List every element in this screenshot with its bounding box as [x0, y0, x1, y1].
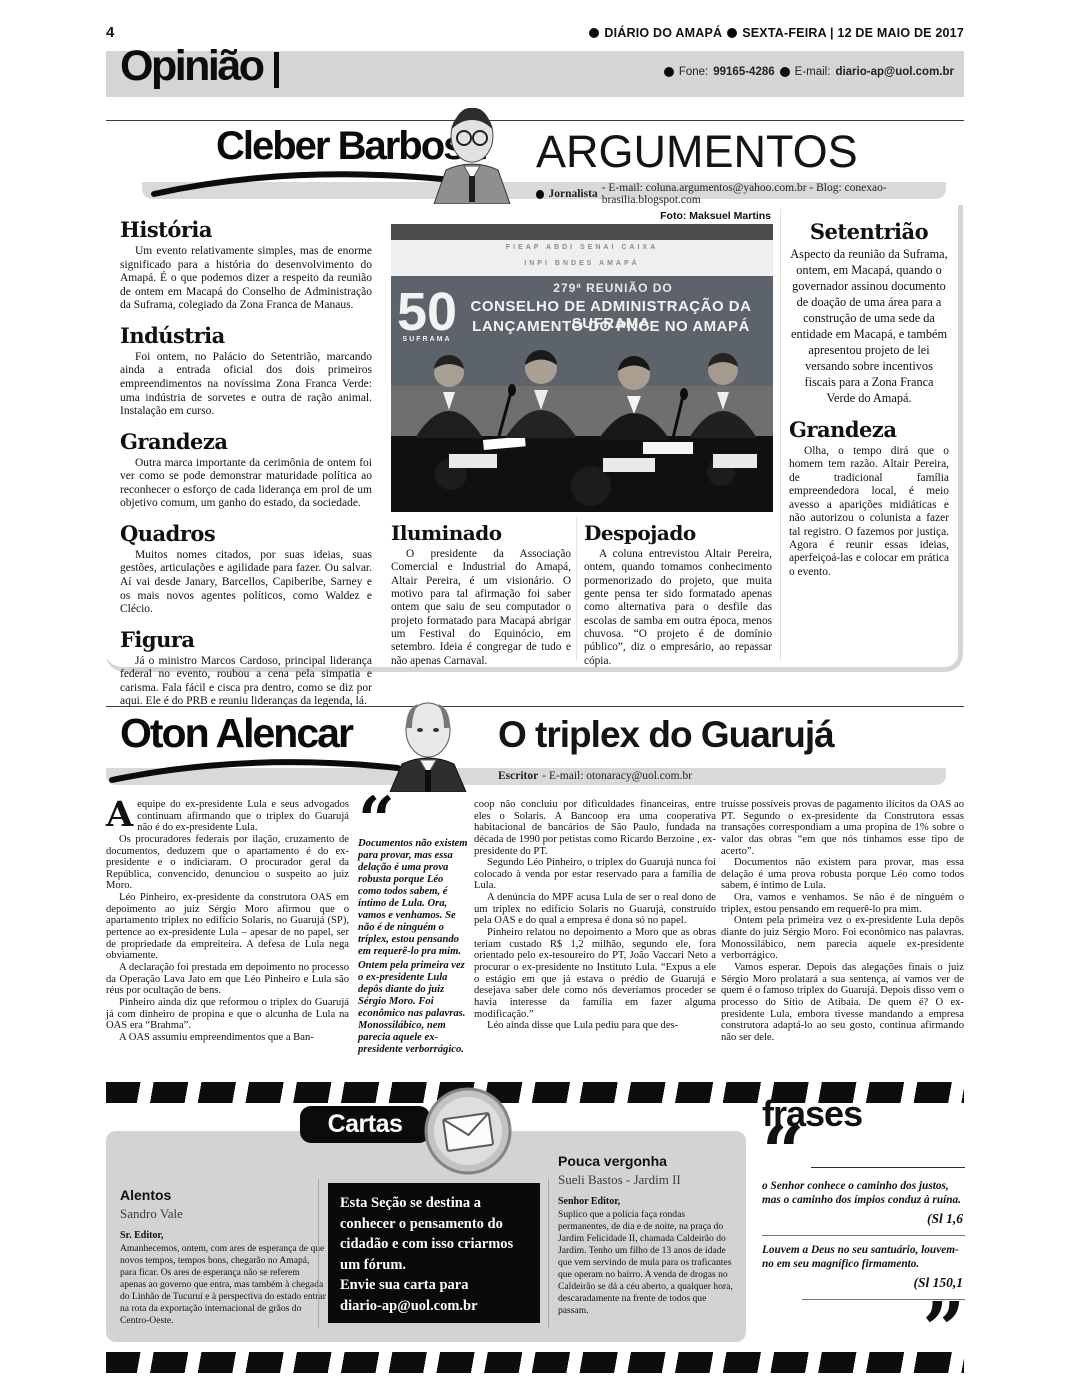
argumentos-right-column: Setentrião Aspecto da reunião da Suframa…: [789, 209, 949, 579]
section-text: Outra marca importante da cerimônia de o…: [120, 457, 372, 511]
argumentos-header: Cleber Barbosa ARGUMENTOS Jornalista - E…: [106, 108, 964, 205]
frases-section: frases “ o Senhor conhece o caminho dos …: [762, 1096, 965, 1347]
paragraph-text: equipe do ex-presidente Lula e seus advo…: [137, 799, 349, 833]
article-column-3: truísse possíveis provas de pagamento il…: [721, 799, 964, 1043]
paragraph: Os procuradores federais por ilação, cru…: [106, 834, 349, 892]
people-silhouettes: [391, 224, 773, 512]
byline-role: Jornalista: [548, 188, 597, 200]
notice-text: Envie sua carta para: [340, 1275, 528, 1296]
section-text: Um evento relativamente simples, mas de …: [120, 245, 372, 313]
page-header: 4 DIÁRIO DO AMAPÁ SEXTA-FEIRA | 12 DE MA…: [106, 24, 964, 41]
section-text: Olha, o tempo dirá que o homem tem razão…: [789, 445, 949, 580]
open-quote-icon: “: [762, 1134, 805, 1172]
page-number: 4: [106, 24, 114, 41]
opiniao-band: Opinião Fone: 99165-4286 E-mail: diario-…: [106, 51, 964, 97]
news-photo: FIEAP ABDI SENAI CAIXA INPI BNDES AMAPÁ …: [391, 224, 773, 512]
paragraph: Segundo Léo Pinheiro, o triplex do Guaru…: [474, 857, 716, 892]
triplex-article: Aequipe do ex-presidente Lula e seus adv…: [106, 799, 964, 1079]
columnist-portrait: [382, 692, 474, 792]
columnist-portrait: [424, 96, 520, 204]
section-title: Opinião: [120, 42, 263, 91]
phone-label: Fone:: [679, 66, 708, 78]
cartas-badge: Cartas: [300, 1106, 430, 1143]
title-divider: [274, 52, 279, 88]
letter-author: Sandro Vale: [120, 1206, 326, 1222]
pull-quote: “ Documentos não existem para provar, ma…: [358, 803, 468, 1058]
columnist-swoosh: [106, 758, 406, 784]
envelope-icon: [424, 1087, 512, 1175]
paragraph: Pinheiro relatou no depoimento a Moro qu…: [474, 927, 716, 1020]
despojado-column: Despojado A coluna entrevistou Altair Pe…: [584, 511, 772, 668]
email-address: diario-ap@uol.com.br: [835, 66, 954, 78]
section-heading: Indústria: [120, 323, 372, 348]
article-column-2: coop não concluiu por dificuldades finan…: [474, 799, 716, 1032]
letter-title: Alentos: [120, 1187, 326, 1205]
photo-credit: Foto: Maksuel Martins: [391, 210, 771, 222]
paragraph: Aequipe do ex-presidente Lula e seus adv…: [106, 799, 349, 834]
paragraph: A declaração foi prestada em depoimento …: [106, 962, 349, 997]
rule-line: [106, 706, 964, 707]
byline-rest: - E-mail: coluna.argumentos@yahoo.com.br…: [602, 182, 964, 206]
letter-salutation: Senhor Editor,: [558, 1196, 736, 1209]
section-heading: Iluminado: [391, 521, 571, 545]
drop-cap: A: [106, 799, 137, 828]
section-title-wrap: Opinião: [120, 42, 279, 91]
masthead: DIÁRIO DO AMAPÁ SEXTA-FEIRA | 12 DE MAIO…: [589, 26, 964, 40]
masthead-title: DIÁRIO DO AMAPÁ: [604, 26, 722, 40]
letter-text: Suplico que a polícia faça rondas perman…: [558, 1209, 736, 1318]
paragraph: Ora, vamos e venhamos. Se não é de ningu…: [721, 892, 964, 915]
section-text: Foi ontem, no Palácio do Setentrião, mar…: [120, 351, 372, 419]
section-heading: Figura: [120, 627, 372, 652]
letter-salutation: Sr. Editor,: [120, 1230, 326, 1243]
open-quote-row: “: [762, 1134, 965, 1172]
edition-date: SEXTA-FEIRA | 12 DE MAIO DE 2017: [742, 26, 964, 40]
section-heading: História: [120, 217, 372, 242]
column-divider: [576, 517, 577, 661]
panel-divider: [548, 1179, 549, 1328]
column-title: O triplex do Guarujá: [498, 714, 834, 756]
email-label: E-mail:: [795, 66, 831, 78]
photo-zone: Foto: Maksuel Martins FIEAP ABDI SEN: [391, 205, 773, 512]
columnist-name: Oton Alencar: [120, 710, 352, 757]
section-text: O presidente da Associação Comercial e I…: [391, 548, 571, 668]
letter-title: Pouca vergonha: [558, 1153, 736, 1171]
letter-text: Amanhecemos, ontem, com ares de esperanç…: [120, 1243, 326, 1328]
mail-icon: [780, 67, 790, 77]
phone-number: 99165-4286: [713, 66, 774, 78]
byline: Escritor - E-mail: otonaracy@uol.com.br: [498, 770, 692, 782]
oton-header: Oton Alencar O triplex do Guarujá Escrit…: [106, 700, 964, 792]
section-heading: Setentrião: [789, 219, 949, 244]
section-heading: Despojado: [584, 521, 772, 545]
globe-icon: [589, 28, 599, 38]
rule-line: [811, 1167, 965, 1168]
setentriao-section: Setentrião Aspecto da reunião da Suframa…: [789, 219, 949, 407]
phone-icon: [664, 67, 674, 77]
quote-paragraph: Documentos não existem para provar, mas …: [358, 838, 468, 958]
paragraph: Vamos esperar. Depois das alegações fina…: [721, 962, 964, 1043]
paragraph: Ontem pela primeira vez o ex-presidente …: [721, 915, 964, 962]
letter-pouca-vergonha: Pouca vergonha Sueli Bastos - Jardim II …: [558, 1153, 736, 1317]
rule-line: [106, 120, 964, 121]
byline: Jornalista - E-mail: coluna.argumentos@y…: [536, 182, 964, 206]
section-text: A coluna entrevistou Altair Pereira, ont…: [584, 548, 772, 668]
contact-info: Fone: 99165-4286 E-mail: diario-ap@uol.c…: [664, 66, 954, 78]
quote-paragraph: Ontem pela primeira vez o ex-presidente …: [358, 960, 468, 1056]
open-quote-icon: “: [358, 803, 468, 838]
quote-ref: (Sl 1,6: [762, 1211, 963, 1227]
byline-role: Escritor: [498, 770, 538, 782]
journalist-dot-icon: [536, 190, 544, 199]
paragraph: Pinheiro ainda diz que reformou o triple…: [106, 997, 349, 1032]
column-divider: [780, 209, 781, 661]
article-column-1: Aequipe do ex-presidente Lula e seus adv…: [106, 799, 349, 1043]
byline-rest: - E-mail: otonaracy@uol.com.br: [542, 770, 692, 782]
section-heading: Grandeza: [120, 429, 372, 454]
paragraph: A denúncia do MPF acusa Lula de ser o re…: [474, 892, 716, 927]
section-text: Aspecto da reunião da Suframa, ontem, em…: [789, 247, 949, 407]
argumentos-left-column: História Um evento relativamente simples…: [120, 207, 372, 709]
newspaper-page: 4 DIÁRIO DO AMAPÁ SEXTA-FEIRA | 12 DE MA…: [0, 0, 1069, 1383]
panel-divider: [318, 1179, 319, 1328]
close-quote-icon: ”: [762, 1314, 965, 1347]
quote-text: Louvem a Deus no seu santuário, louvem-n…: [762, 1244, 965, 1272]
paragraph: coop não concluiu por dificuldades finan…: [474, 799, 716, 857]
paragraph: Léo Pinheiro, ex-presidente da construto…: [106, 892, 349, 962]
letter-alentos: Alentos Sandro Vale Sr. Editor, Amanhece…: [120, 1187, 326, 1327]
notice-email: diario-ap@uol.com.br: [340, 1296, 528, 1317]
rule-line: [762, 1235, 965, 1236]
notice-text: Esta Seção se destina a conhecer o pensa…: [340, 1193, 528, 1275]
column-title: ARGUMENTOS: [536, 126, 858, 178]
globe-icon: [727, 28, 737, 38]
section-heading: Quadros: [120, 521, 372, 546]
notice-box: Esta Seção se destina a conhecer o pensa…: [328, 1183, 540, 1323]
dash-divider: [106, 1352, 964, 1373]
letter-author: Sueli Bastos - Jardim II: [558, 1172, 736, 1188]
quote-text: o Senhor conhece o caminho dos justos, m…: [762, 1180, 965, 1208]
section-heading: Grandeza: [789, 417, 949, 442]
paragraph: Documentos não existem para provar, mas …: [721, 857, 964, 892]
iluminado-column: Iluminado O presidente da Associação Com…: [391, 511, 571, 668]
paragraph: A OAS assumiu empreendimentos que a Ban-: [106, 1032, 349, 1044]
section-text: Muitos nomes citados, por suas ideias, s…: [120, 549, 372, 617]
argumentos-panel: História Um evento relativamente simples…: [106, 205, 963, 672]
paragraph: Léo ainda disse que Lula pediu para que …: [474, 1020, 716, 1032]
paragraph: truísse possíveis provas de pagamento il…: [721, 799, 964, 857]
